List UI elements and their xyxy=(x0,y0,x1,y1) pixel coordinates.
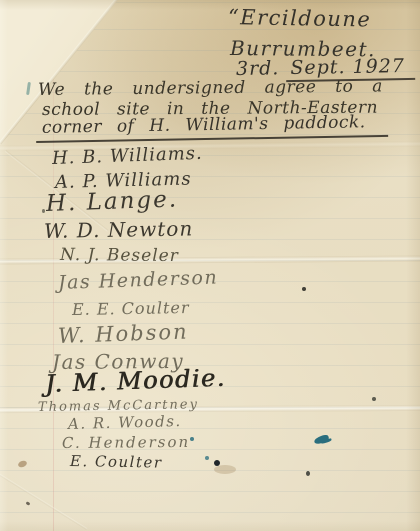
signature: A. R. Woods. xyxy=(68,412,182,433)
dark-ink-spot-2 xyxy=(306,471,310,476)
dark-ink-spot-5 xyxy=(42,209,45,213)
brown-smudge-2 xyxy=(214,465,236,474)
signature: W. Hobson xyxy=(58,319,189,348)
signature: N. J. Beseler xyxy=(60,245,179,266)
signature: H. Lange. xyxy=(46,186,179,217)
body-line-1: We the undersigned agree to a xyxy=(38,76,383,100)
signature: E. Coulter xyxy=(70,452,163,472)
dark-ink-spot-3 xyxy=(372,397,376,401)
dark-ink-spot-4 xyxy=(302,287,306,291)
signature: E. E. Coulter xyxy=(72,298,190,319)
blue-ink-spot-1 xyxy=(190,437,194,441)
blue-ink-spot-2 xyxy=(205,456,209,460)
document-page: “Ercildoune Burrumbeet. 3rd. Sept. 1927 … xyxy=(0,0,420,531)
header-place: “Ercildoune xyxy=(228,5,372,31)
signature: C. Henderson xyxy=(62,433,190,452)
signature: W. D. Newton xyxy=(44,216,194,243)
